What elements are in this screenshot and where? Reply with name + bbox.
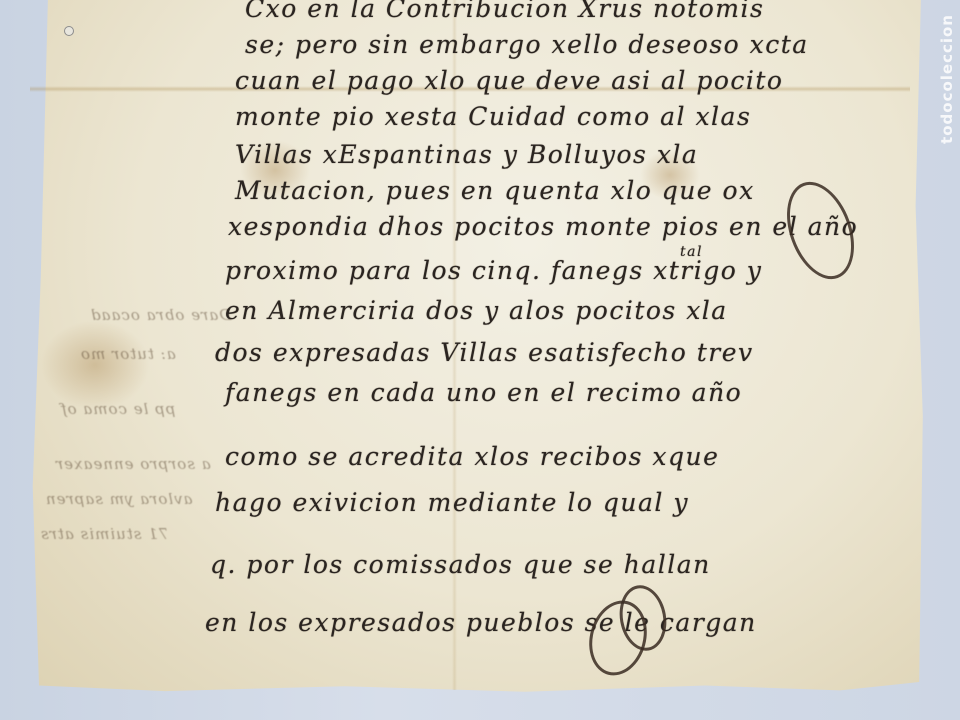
manuscript-line: monte pio xesta Cuidad como al xlas [235, 102, 751, 131]
bleed-through-text: a: tutor mo [80, 345, 176, 363]
manuscript-line: Mutacion, pues en quenta xlo que ox [235, 176, 755, 205]
manuscript-line: q. por los comissados que se hallan [210, 550, 711, 579]
bleed-through-text: a sorpro enneaxer [55, 455, 211, 473]
manuscript-line: en Almerciria dos y alos pocitos xla [225, 296, 728, 325]
manuscript-line: xespondia dhos pocitos monte pios en el … [228, 212, 858, 241]
water-stain [40, 320, 150, 410]
bleed-through-text: pp le coma of [60, 400, 175, 418]
manuscript-line: hago exivicion mediante lo qual y [215, 488, 689, 517]
manuscript-line: Villas xEspantinas y Bolluyos xla [235, 140, 698, 169]
manuscript-line: proximo para los cinq. fanegs xtrigo y [225, 256, 762, 285]
bleed-through-text: Dare obra ocaad [90, 306, 231, 324]
bleed-through-text: 71 stuimis atrs [40, 525, 168, 543]
watermark-text: todocoleccion [938, 14, 956, 144]
bleed-through-text: avlora ym sapren [45, 490, 193, 508]
paper-hole [64, 26, 74, 36]
manuscript-line: cuan el pago xlo que deve asi al pocito [235, 66, 783, 95]
manuscript-line: Cxo en la Contribucion Xrus notomis [245, 0, 764, 23]
manuscript-line: en los expresados pueblos se le cargan [205, 608, 757, 637]
manuscript-line: fanegs en cada uno en el recimo año [225, 378, 742, 407]
manuscript-line: se; pero sin embargo xello deseoso xcta [245, 30, 809, 59]
manuscript-line: dos expresadas Villas esatisfecho trev [215, 338, 754, 367]
manuscript-line: como se acredita xlos recibos xque [225, 442, 719, 471]
